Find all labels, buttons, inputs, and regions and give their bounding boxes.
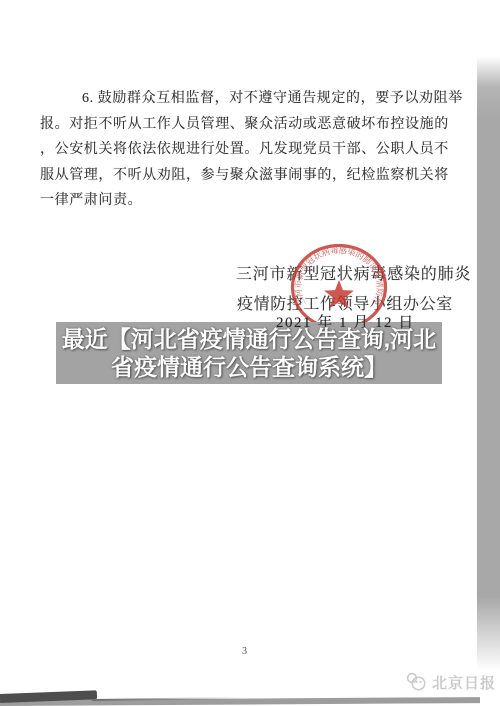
beijing-daily-logo-icon [404,671,428,693]
caption-banner: 最近【河北省疫情通行公告查询,河北 省疫情通行公告查询系统】 [56,322,442,384]
document-page: 6. 鼓励群众互相监督，对不遵守通告规定的，要予以劝阻举 报。对拒不听从工作人员… [0,0,500,706]
paragraph-line: 一律严肃问责。 [40,188,442,214]
notice-paragraph: 6. 鼓励群众互相监督，对不遵守通告规定的，要予以劝阻举 报。对拒不听从工作人员… [40,86,442,214]
paragraph-line: ，公安机关将依法依规进行处置。凡发现党员干部、公职人员不 [40,137,442,163]
watermark-text: 北京日报 [432,672,496,693]
photo-background-right-band [477,56,500,671]
page-number: 3 [242,646,247,657]
caption-line2: 省疫情通行公告查询系统】 [111,353,387,382]
paragraph-line: 报。对拒不听从工作人员管理、聚众活动或恶意破坏布控设施的 [40,112,442,138]
caption-line1: 最近【河北省疫情通行公告查询,河北 [62,325,436,354]
signature-org-line1: 三河市新型冠状病毒感染的肺炎 [236,261,471,284]
paragraph-line: 6. 鼓励群众互相监督，对不遵守通告规定的，要予以劝阻举 [40,86,442,112]
watermark: 北京日报 [404,671,496,693]
paragraph-line: 服从管理，不听从劝阻，参与聚众滋事闹事的，纪检监察机关将 [40,163,442,189]
